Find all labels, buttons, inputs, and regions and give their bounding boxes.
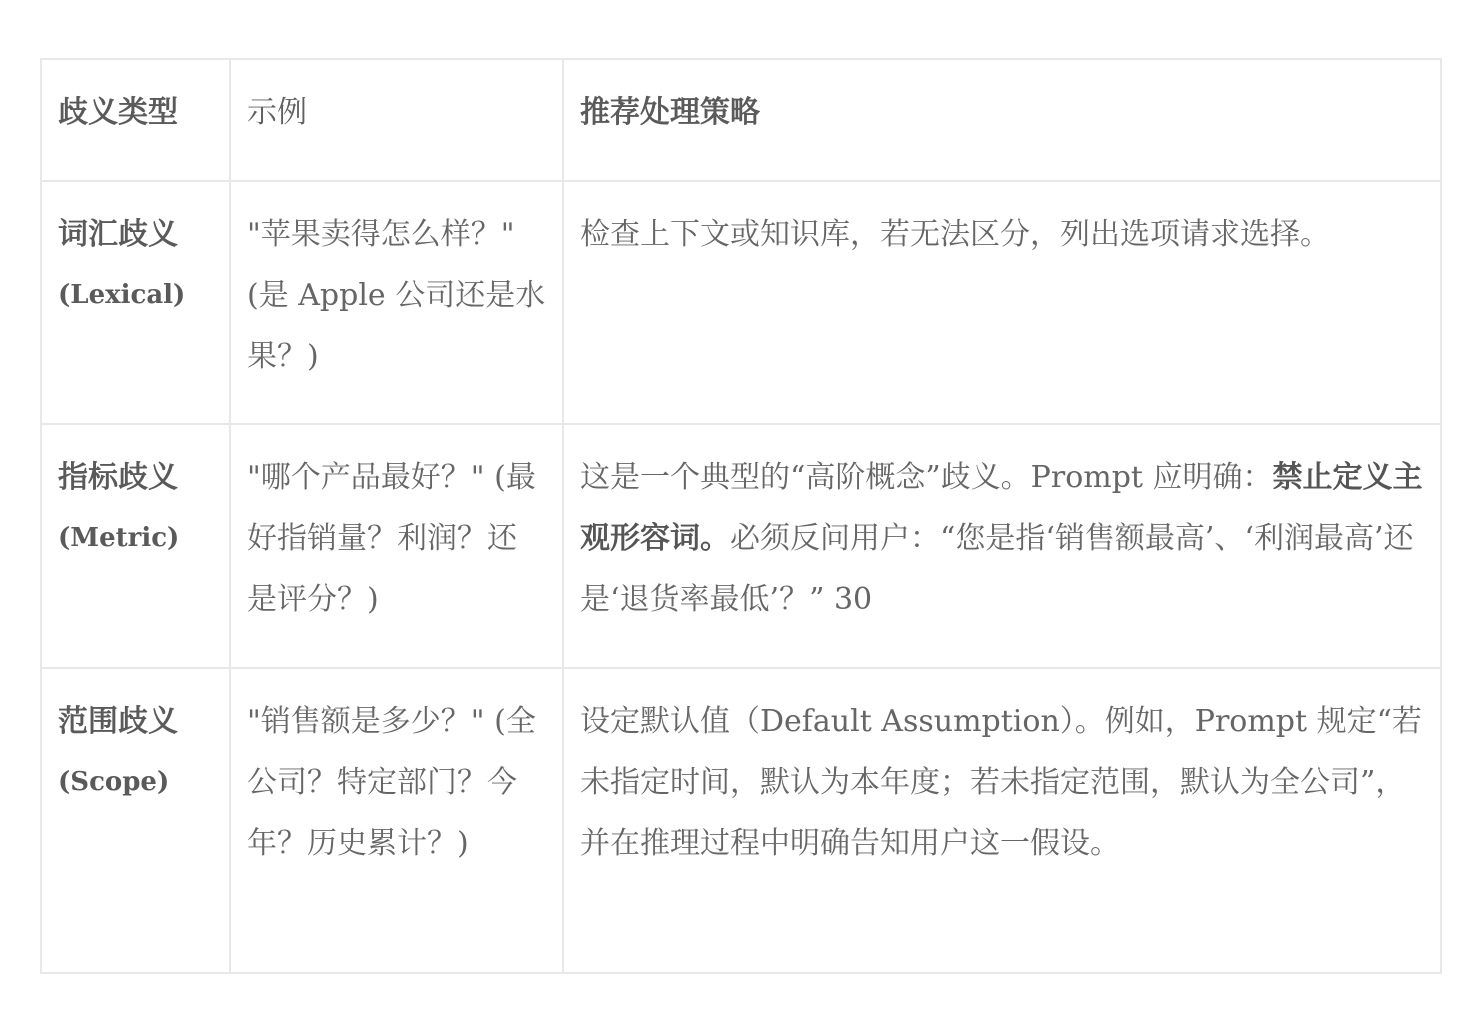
header-recommended-strategy: 推荐处理策略	[563, 59, 1441, 181]
type-english: (Lexical)	[58, 265, 213, 326]
cell-type: 范围歧义 (Scope)	[41, 668, 230, 973]
strategy-text: 设定默认值（Default Assumption）。例如，Prompt 规定“若…	[580, 704, 1422, 861]
cell-type: 词汇歧义 (Lexical)	[41, 181, 230, 424]
cell-strategy: 检查上下文或知识库，若无法区分，列出选项请求选择。	[563, 181, 1441, 424]
type-name: 词汇歧义	[58, 204, 213, 265]
type-name: 指标歧义	[58, 447, 213, 508]
cell-type: 指标歧义 (Metric)	[41, 424, 230, 668]
cell-example: "销售额是多少？" (全公司？特定部门？今年？历史累计？)	[230, 668, 563, 973]
header-ambiguity-type: 歧义类型	[41, 59, 230, 181]
cell-strategy: 这是一个典型的“高阶概念”歧义。Prompt 应明确：禁止定义主观形容词。必须反…	[563, 424, 1441, 668]
cell-strategy: 设定默认值（Default Assumption）。例如，Prompt 规定“若…	[563, 668, 1441, 973]
header-example: 示例	[230, 59, 563, 181]
table-row: 范围歧义 (Scope) "销售额是多少？" (全公司？特定部门？今年？历史累计…	[41, 668, 1441, 973]
cell-example: "哪个产品最好？" (最好指销量？利润？还是评分？)	[230, 424, 563, 668]
table-row: 词汇歧义 (Lexical) "苹果卖得怎么样？" (是 Apple 公司还是水…	[41, 181, 1441, 424]
type-english: (Scope)	[58, 752, 213, 813]
strategy-text: 检查上下文或知识库，若无法区分，列出选项请求选择。	[580, 217, 1330, 252]
type-english: (Metric)	[58, 508, 213, 569]
ambiguity-table-container: 歧义类型 示例 推荐处理策略 词汇歧义 (Lexical) "苹果卖得怎么样？"…	[40, 58, 1440, 974]
table-row: 指标歧义 (Metric) "哪个产品最好？" (最好指销量？利润？还是评分？)…	[41, 424, 1441, 668]
ambiguity-strategy-table: 歧义类型 示例 推荐处理策略 词汇歧义 (Lexical) "苹果卖得怎么样？"…	[40, 58, 1442, 974]
strategy-text: 这是一个典型的“高阶概念”歧义。Prompt 应明确：	[580, 460, 1273, 495]
cell-example: "苹果卖得怎么样？" (是 Apple 公司还是水果？)	[230, 181, 563, 424]
type-name: 范围歧义	[58, 691, 213, 752]
table-header-row: 歧义类型 示例 推荐处理策略	[41, 59, 1441, 181]
